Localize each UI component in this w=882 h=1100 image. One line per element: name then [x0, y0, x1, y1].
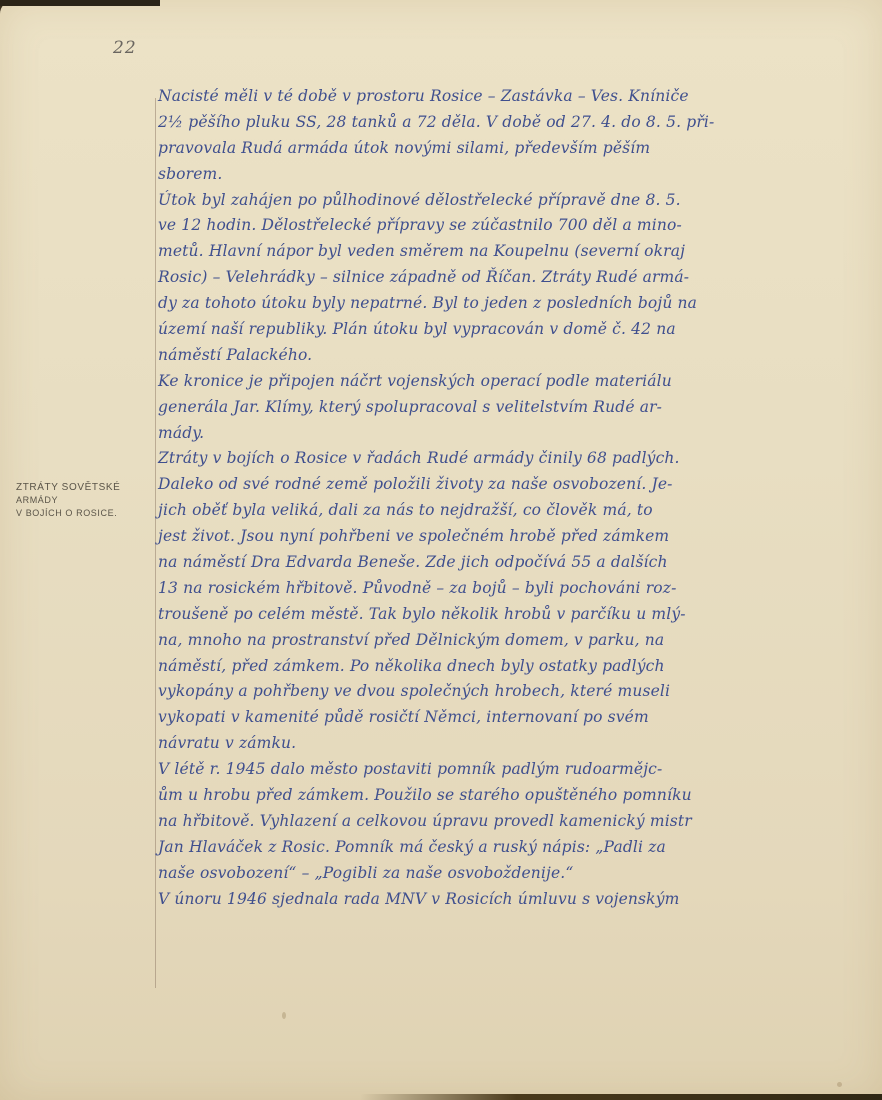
text-line: pravovala Rudá armáda útok novými silami… — [158, 136, 828, 162]
text-line: vykopány a pohřbeny ve dvou společných h… — [158, 679, 828, 705]
text-line: dy za tohoto útoku byly nepatrné. Byl to… — [158, 291, 828, 317]
paper-spot — [837, 1082, 842, 1087]
text-line: troušeně po celém městě. Tak bylo několi… — [158, 602, 828, 628]
text-line: Útok byl zahájen po půlhodinové dělostře… — [158, 188, 828, 214]
text-line: V únoru 1946 sjednala rada MNV v Rosicíc… — [158, 887, 828, 913]
text-line: 13 na rosickém hřbitově. Původně – za bo… — [158, 576, 828, 602]
text-line: na, mnoho na prostranství před Dělnickým… — [158, 628, 828, 654]
text-line: náměstí, před zámkem. Po několika dnech … — [158, 654, 828, 680]
text-line: území naší republiky. Plán útoku byl vyp… — [158, 317, 828, 343]
text-line: vykopati v kamenité půdě rosičtí Němci, … — [158, 705, 828, 731]
text-line: ve 12 hodin. Dělostřelecké přípravy se z… — [158, 213, 828, 239]
handwritten-text-body: Nacisté měli v té době v prostoru Rosice… — [158, 84, 828, 913]
text-line: na hřbitově. Vyhlazení a celkovou úpravu… — [158, 809, 828, 835]
margin-note: Ztráty sovětské armády v bojích o Rosice… — [16, 481, 146, 520]
text-line: naše osvobození“ – „Pogibli za naše osvo… — [158, 861, 828, 887]
chronicle-page: 22 Ztráty sovětské armády v bojích o Ros… — [0, 0, 882, 1100]
scan-edge-shadow — [0, 0, 160, 6]
margin-note-line: armády — [16, 494, 146, 507]
page-number: 22 — [113, 38, 137, 58]
text-line: generála Jar. Klímy, který spolupracoval… — [158, 395, 828, 421]
text-line: V létě r. 1945 dalo město postaviti pomn… — [158, 757, 828, 783]
paper-spot — [282, 1012, 286, 1019]
text-line: mády. — [158, 421, 828, 447]
text-line: návratu v zámku. — [158, 731, 828, 757]
text-line: 2½ pěšího pluku SS, 28 tanků a 72 děla. … — [158, 110, 828, 136]
text-line: Jan Hlaváček z Rosic. Pomník má český a … — [158, 835, 828, 861]
text-line: jest život. Jsou nyní pohřbeni ve společ… — [158, 524, 828, 550]
margin-note-line: v bojích o Rosice. — [16, 507, 146, 520]
text-line: Ztráty v bojích o Rosice v řadách Rudé a… — [158, 446, 828, 472]
margin-note-line: Ztráty sovětské — [16, 481, 146, 494]
text-line: Rosic) – Velehrádky – silnice západně od… — [158, 265, 828, 291]
margin-rule — [155, 98, 156, 988]
text-line: Nacisté měli v té době v prostoru Rosice… — [158, 84, 828, 110]
text-line: Daleko od své rodné země položili životy… — [158, 472, 828, 498]
scan-edge-shadow-bottom — [360, 1094, 882, 1100]
text-line: ům u hrobu před zámkem. Použilo se staré… — [158, 783, 828, 809]
text-line: na náměstí Dra Edvarda Beneše. Zde jich … — [158, 550, 828, 576]
text-line: metů. Hlavní nápor byl veden směrem na K… — [158, 239, 828, 265]
text-line: sborem. — [158, 162, 828, 188]
text-line: Ke kronice je připojen náčrt vojenských … — [158, 369, 828, 395]
text-line: jich oběť byla veliká, dali za nás to ne… — [158, 498, 828, 524]
text-line: náměstí Palackého. — [158, 343, 828, 369]
